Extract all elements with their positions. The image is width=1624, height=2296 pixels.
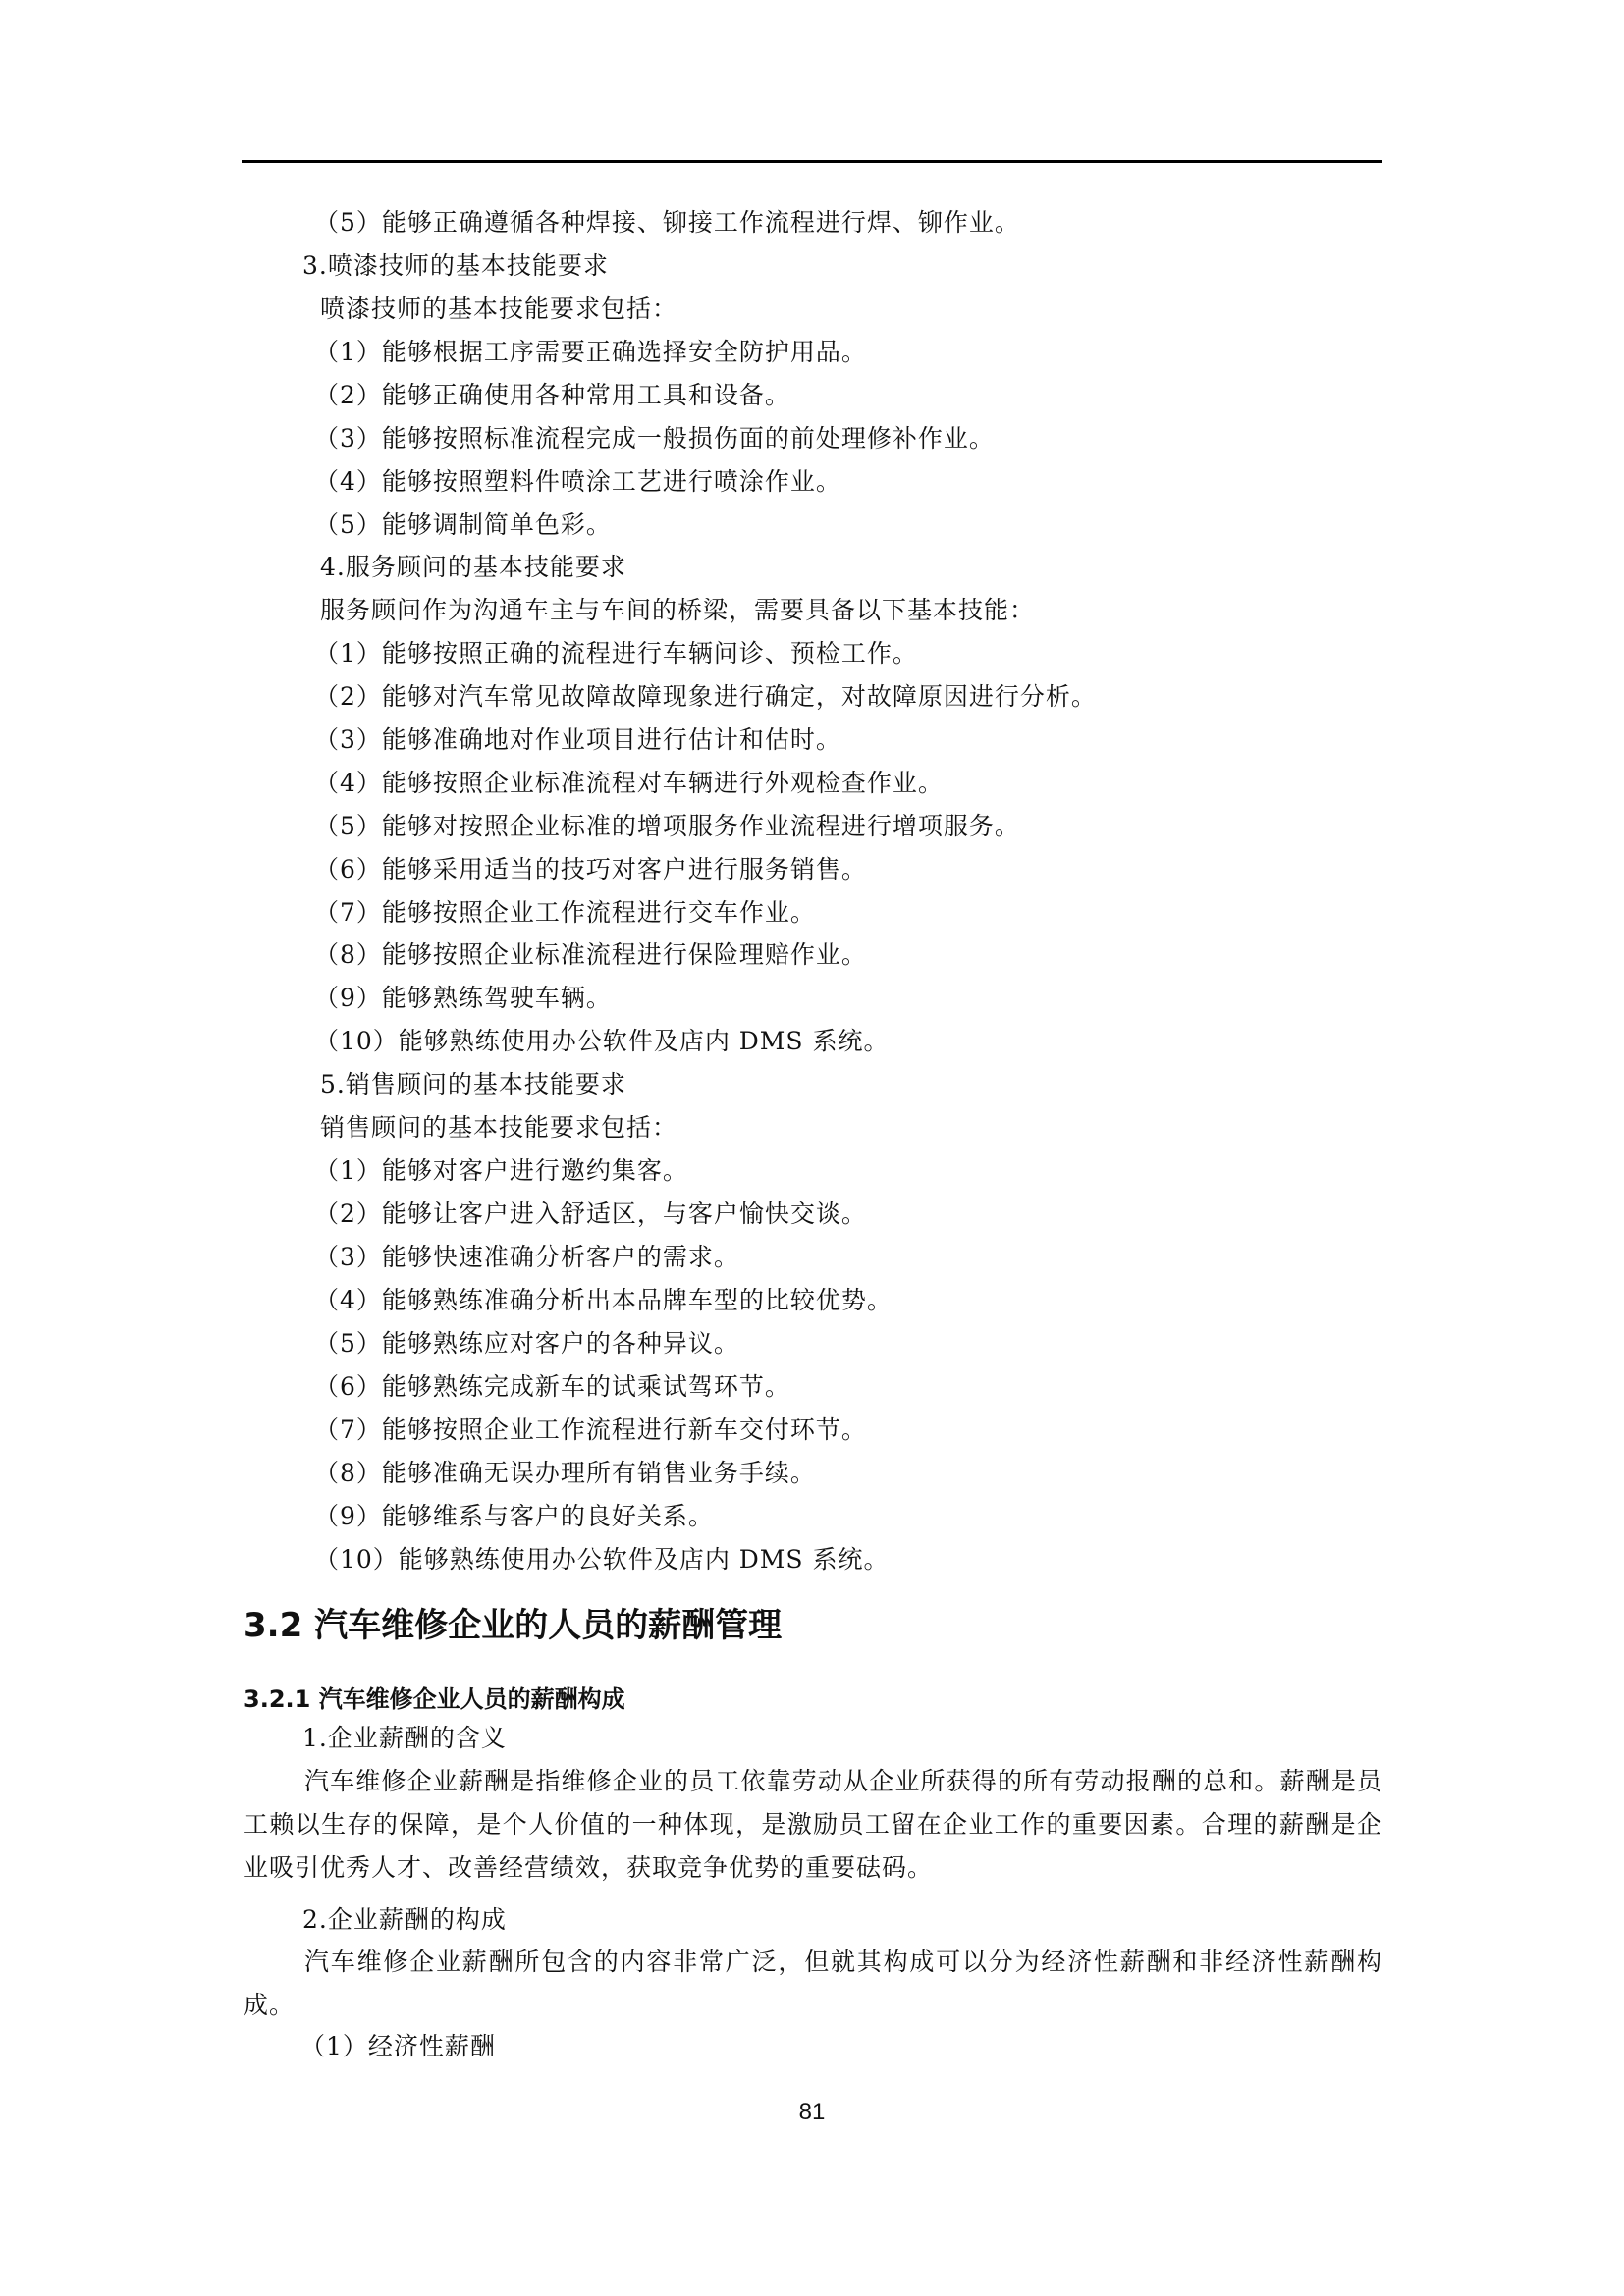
- text-line: （4）能够按照企业标准流程对车辆进行外观检查作业。: [314, 769, 944, 798]
- page-number: 81: [0, 2099, 1624, 2126]
- text-line: （7）能够按照企业工作流程进行交车作业。: [314, 898, 816, 928]
- text-line: 服务顾问作为沟通车主与车间的桥梁，需要具备以下基本技能：: [320, 596, 1035, 625]
- text-line: （5）能够正确遵循各种焊接、铆接工作流程进行焊、铆作业。: [314, 208, 1020, 238]
- text-line: （2）能够正确使用各种常用工具和设备。: [314, 381, 790, 410]
- text-line: （1）能够根据工序需要正确选择安全防护用品。: [314, 338, 867, 367]
- text-line: （8）能够按照企业标准流程进行保险理赔作业。: [314, 940, 867, 970]
- text-line: （10）能够熟练使用办公软件及店内 DMS 系统。: [314, 1027, 889, 1056]
- text-line: 喷漆技师的基本技能要求包括：: [320, 294, 677, 324]
- sub1-paragraph: 汽车维修企业薪酬是指维修企业的员工依靠劳动从企业所获得的所有劳动报酬的总和。薪酬…: [244, 1760, 1382, 1890]
- text-line: （3）能够按照标准流程完成一般损伤面的前处理修补作业。: [314, 424, 995, 454]
- text-line: （5）能够熟练应对客户的各种异议。: [314, 1329, 739, 1359]
- header-rule: [242, 160, 1382, 163]
- text-line: 销售顾问的基本技能要求包括：: [320, 1113, 677, 1143]
- text-line: （5）能够调制简单色彩。: [314, 510, 612, 540]
- text-line: （4）能够熟练准确分析出本品牌车型的比较优势。: [314, 1286, 893, 1315]
- text-line: （2）能够对汽车常见故障故障现象进行确定，对故障原因进行分析。: [314, 682, 1097, 712]
- sub1-title: 1.企业薪酬的含义: [302, 1724, 507, 1753]
- text-line: （8）能够准确无误办理所有销售业务手续。: [314, 1459, 816, 1488]
- text-line: （1）能够按照正确的流程进行车辆问诊、预检工作。: [314, 639, 918, 668]
- sub2-title: 2.企业薪酬的构成: [302, 1905, 507, 1935]
- text-line: （10）能够熟练使用办公软件及店内 DMS 系统。: [314, 1545, 889, 1575]
- text-line: （9）能够熟练驾驶车辆。: [314, 984, 612, 1013]
- text-line: （2）能够让客户进入舒适区，与客户愉快交谈。: [314, 1200, 867, 1229]
- sub2-paragraph: 汽车维修企业薪酬所包含的内容非常广泛，但就其构成可以分为经济性薪酬和非经济性薪酬…: [244, 1941, 1382, 2027]
- text-line: （6）能够采用适当的技巧对客户进行服务销售。: [314, 855, 867, 884]
- text-line: 3.喷漆技师的基本技能要求: [302, 251, 609, 281]
- sub2-item-1: （1）经济性薪酬: [300, 2032, 496, 2061]
- text-line: 5.销售顾问的基本技能要求: [320, 1070, 626, 1099]
- text-line: （1）能够对客户进行邀约集客。: [314, 1156, 688, 1186]
- subsection-heading: 3.2.1 汽车维修企业人员的薪酬构成: [244, 1680, 625, 1714]
- text-line: 4.服务顾问的基本技能要求: [320, 553, 626, 582]
- text-line: （3）能够准确地对作业项目进行估计和估时。: [314, 725, 841, 755]
- text-line: （7）能够按照企业工作流程进行新车交付环节。: [314, 1415, 867, 1445]
- text-line: （3）能够快速准确分析客户的需求。: [314, 1243, 739, 1272]
- text-line: （4）能够按照塑料件喷涂工艺进行喷涂作业。: [314, 467, 841, 497]
- text-line: （9）能够维系与客户的良好关系。: [314, 1502, 714, 1531]
- text-line: （5）能够对按照企业标准的增项服务作业流程进行增项服务。: [314, 812, 1020, 841]
- text-line: （6）能够熟练完成新车的试乘试驾环节。: [314, 1372, 790, 1402]
- section-heading: 3.2 汽车维修企业的人员的薪酬管理: [244, 1598, 782, 1646]
